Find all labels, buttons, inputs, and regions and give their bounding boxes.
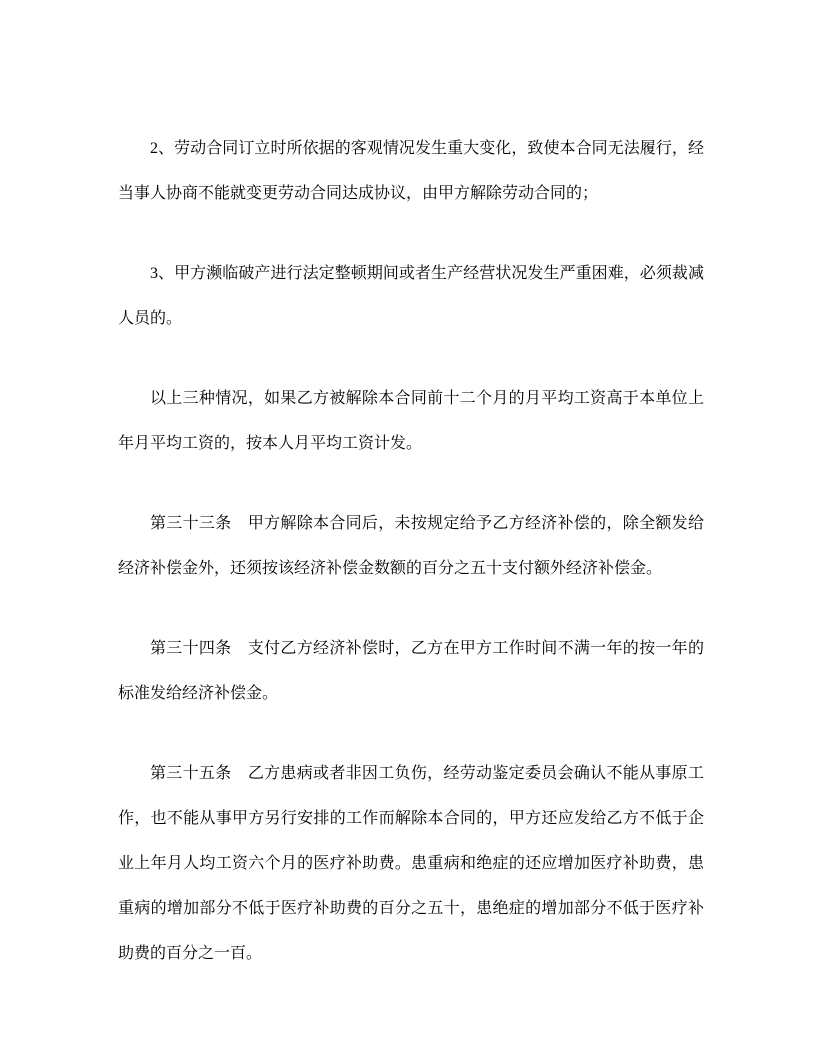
paragraph-article-33: 第三十三条 甲方解除本合同后，未按规定给予乙方经济补偿的，除全额发给经济补偿金外… [118, 501, 704, 591]
paragraph-article-35: 第三十五条 乙方患病或者非因工负伤，经劳动鉴定委员会确认不能从事原工作，也不能从… [118, 751, 704, 976]
paragraph-article-34: 第三十四条 支付乙方经济补偿时，乙方在甲方工作时间不满一年的按一年的标准发给经济… [118, 626, 704, 716]
paragraph-summary-three-cases: 以上三种情况，如果乙方被解除本合同前十二个月的月平均工资高于本单位上年月平均工资… [118, 376, 704, 466]
paragraph-clause-2: 2、劳动合同订立时所依据的客观情况发生重大变化，致使本合同无法履行，经当事人协商… [118, 126, 704, 216]
paragraph-clause-3: 3、甲方濒临破产进行法定整顿期间或者生产经营状况发生严重困难，必须裁减人员的。 [118, 251, 704, 341]
document-page: 2、劳动合同订立时所依据的客观情况发生重大变化，致使本合同无法履行，经当事人协商… [0, 0, 816, 1056]
